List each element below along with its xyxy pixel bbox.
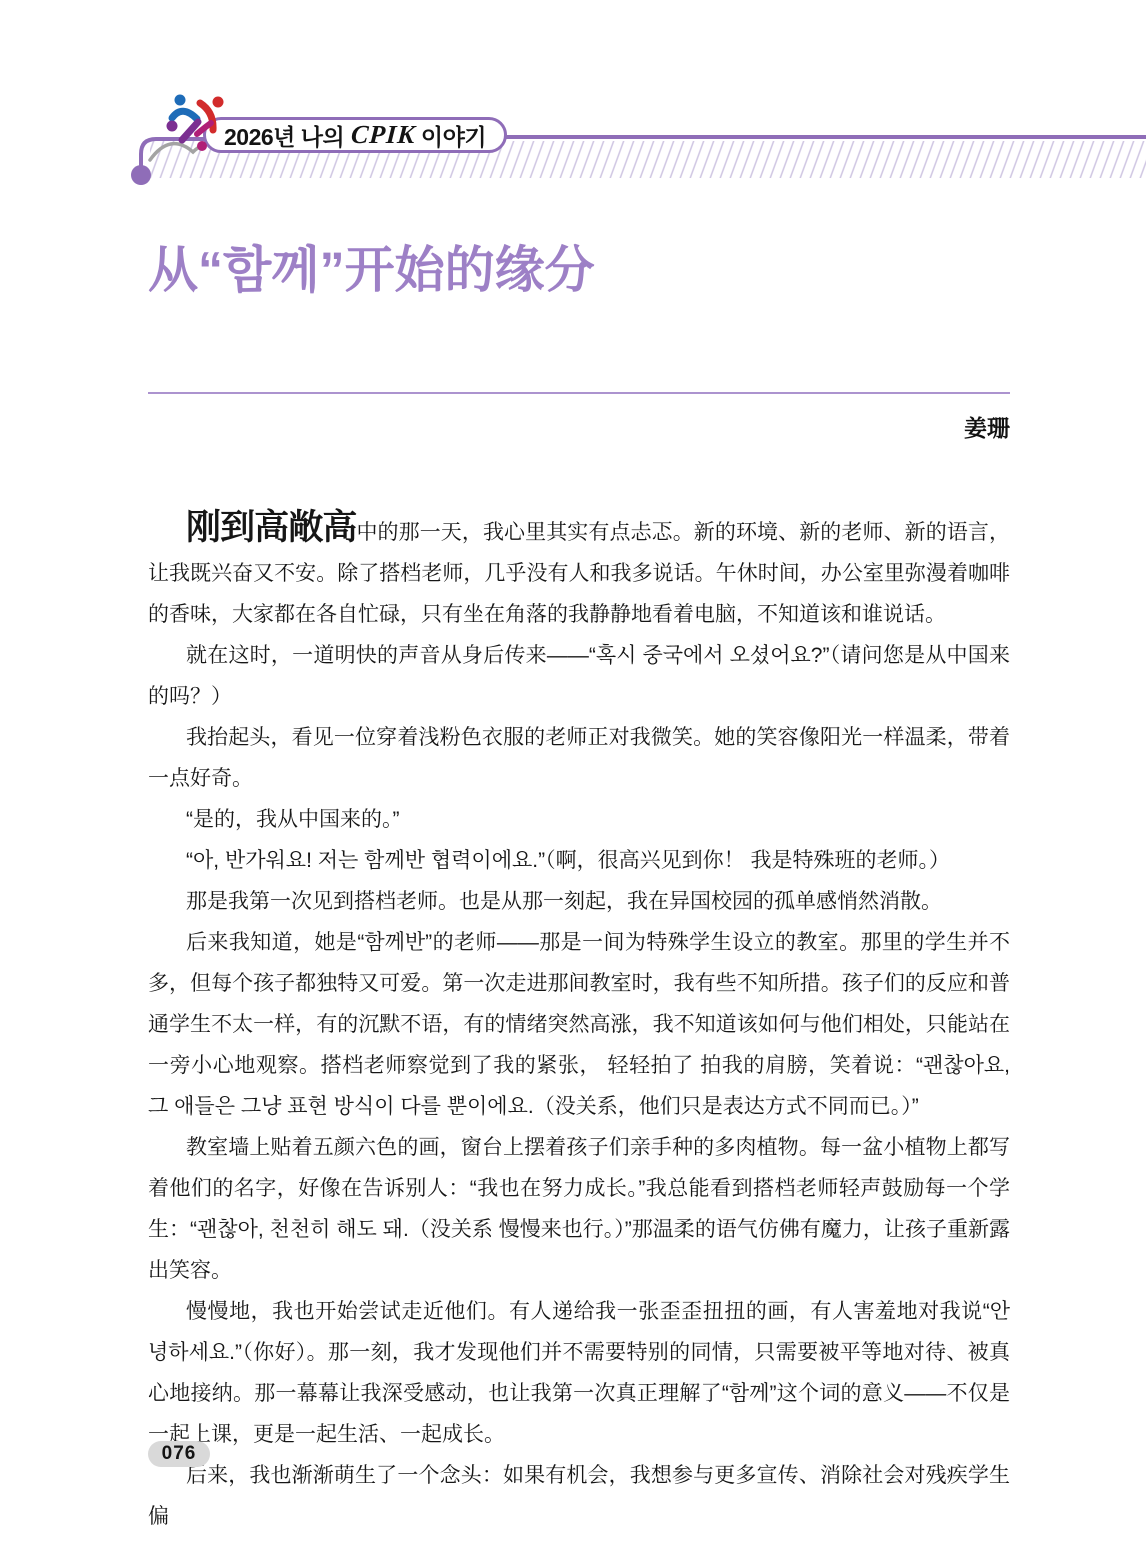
author-name: 姜珊 (148, 410, 1010, 443)
paragraph: “아, 반가워요! 저는 함께반 협력이에요.”（啊，很高兴见到你！ 我是特殊班… (148, 840, 1010, 881)
paragraph-text: 慢慢地，我也开始尝试走近他们。有人递给我一张歪歪扭扭的画，有人害羞地对我说“안녕… (148, 1300, 1010, 1446)
paragraph: 我抬起头，看见一位穿着浅粉色衣服的老师正对我微笑。她的笑容像阳光一样温柔，带着一… (148, 717, 1010, 799)
paragraph-text: “是的，我从中国来的。” (186, 808, 400, 831)
page-number: 076 (162, 1443, 197, 1465)
badge-suffix: 이야기 (421, 119, 486, 152)
article-body: 刚到高敞高中的那一天，我心里其实有点忐忑。新的环境、新的老师、新的语言，让我既兴… (148, 510, 1010, 1537)
paragraph: 教室墙上贴着五颜六色的画，窗台上摆着孩子们亲手种的多肉植物。每一盆小植物上都写着… (148, 1127, 1010, 1291)
paragraph: 后来我知道，她是“함께반”的老师——那是一间为特殊学生设立的教室。那里的学生并不… (148, 922, 1010, 1127)
paragraph-text: 我抬起头，看见一位穿着浅粉色衣服的老师正对我微笑。她的笑容像阳光一样温柔，带着一… (148, 726, 1010, 790)
badge-prefix: 2026년 나의 (224, 119, 344, 152)
header-accent-line (450, 135, 1146, 139)
lead-phrase: 刚到高敞高 (186, 508, 356, 547)
paragraph: 那是我第一次见到搭档老师。也是从那一刻起，我在异国校园的孤单感悄然消散。 (148, 881, 1010, 922)
paragraph-text: 教室墙上贴着五颜六色的画，窗台上摆着孩子们亲手种的多肉植物。每一盆小植物上都写着… (148, 1136, 1010, 1282)
document-page: 2026년 나의 CPIK 이야기 从“함께”开始的缘分 姜珊 刚到高敞高中的那… (0, 0, 1146, 1555)
paragraph: 慢慢地，我也开始尝试走近他们。有人递给我一张歪歪扭扭的画，有人害羞地对我说“안녕… (148, 1291, 1010, 1455)
title-divider (148, 392, 1010, 394)
paragraph-text: “아, 반가워요! 저는 함께반 협력이에요.”（啊，很高兴见到你！ 我是特殊班… (186, 849, 950, 872)
paragraph: 就在这时，一道明快的声音从身后传来——“혹시 중국에서 오셨어요?”（请问您是从… (148, 635, 1010, 717)
paragraph-text: 后来，我也渐渐萌生了一个念头：如果有机会，我想参与更多宣传、消除社会对残疾学生偏 (148, 1464, 1010, 1528)
paragraph-text: 后来我知道，她是“함께반”的老师——那是一间为特殊学生设立的教室。那里的学生并不… (148, 931, 1010, 1118)
page-number-badge: 076 (148, 1441, 210, 1467)
paragraph: 刚到高敞高中的那一天，我心里其实有点忐忑。新的环境、新的老师、新的语言，让我既兴… (148, 510, 1010, 635)
paragraph: 后来，我也渐渐萌生了一个念头：如果有机会，我想参与更多宣传、消除社会对残疾学生偏 (148, 1455, 1010, 1537)
cpik-logo-icon (158, 88, 242, 160)
paragraph-text: 就在这时，一道明快的声音从身后传来——“혹시 중국에서 오셨어요?”（请问您是从… (148, 644, 1010, 708)
badge-brand-cpik: CPIK (350, 120, 417, 150)
paragraph: “是的，我从中国来的。” (148, 799, 1010, 840)
paragraph-text: 那是我第一次见到搭档老师。也是从那一刻起，我在异国校园的孤单感悄然消散。 (186, 890, 942, 913)
page-title: 从“함께”开始的缘分 (148, 240, 1048, 300)
header-badge: 2026년 나의 CPIK 이야기 (203, 117, 507, 153)
header-dot (131, 165, 151, 185)
